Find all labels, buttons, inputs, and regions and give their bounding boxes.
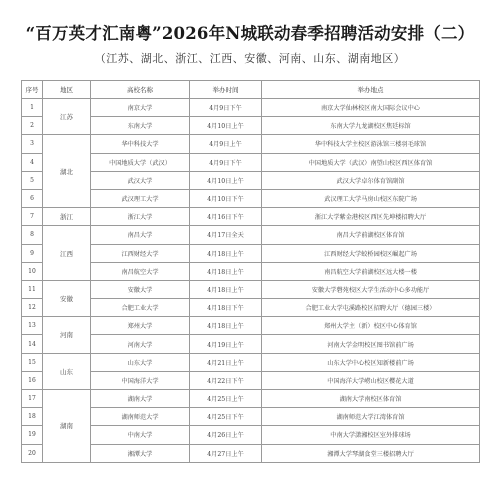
region-cell: 江苏 — [43, 99, 91, 135]
table-row: 9 江西财经大学 4月18日上午 江西财经大学蛟桥园校区崛起广场 — [22, 244, 480, 262]
school-cell: 中南大学 — [91, 426, 190, 444]
row-index: 13 — [22, 317, 43, 335]
school-cell: 湘潭大学 — [91, 444, 190, 462]
school-cell: 湖南大学 — [91, 390, 190, 408]
venue-cell: 南昌航空大学前湖校区远大楼一楼 — [262, 262, 480, 280]
time-cell: 4月9日下午 — [190, 99, 262, 117]
row-index: 5 — [22, 171, 43, 189]
venue-cell: 合肥工业大学屯溪路校区招聘大厅（德园三楼） — [262, 299, 480, 317]
time-cell: 4月27日上午 — [190, 444, 262, 462]
table-row: 7 浙江 浙江大学 4月16日下午 浙江大学紫金港校区西区先坤楼招聘大厅 — [22, 208, 480, 226]
table-row: 20 湘潭大学 4月27日上午 湘潭大学琴湖食堂三楼招聘大厅 — [22, 444, 480, 462]
row-index: 12 — [22, 299, 43, 317]
row-index: 19 — [22, 426, 43, 444]
table-row: 17 湖南 湖南大学 4月25日上午 湖南大学南校区体育馆 — [22, 390, 480, 408]
time-cell: 4月25日上午 — [190, 390, 262, 408]
school-cell: 合肥工业大学 — [91, 299, 190, 317]
document-subtitle: （江苏、湖北、浙江、江西、安徽、河南、山东、湖南地区） — [0, 50, 500, 66]
venue-cell: 中国地质大学（武汉）南望山校区西区体育馆 — [262, 153, 480, 171]
venue-cell: 山东大学中心校区知新楼前广场 — [262, 353, 480, 371]
venue-cell: 浙江大学紫金港校区西区先坤楼招聘大厅 — [262, 208, 480, 226]
region-cell: 湖北 — [43, 135, 91, 208]
time-cell: 4月26日上午 — [190, 426, 262, 444]
row-index: 8 — [22, 226, 43, 244]
region-cell: 浙江 — [43, 208, 91, 226]
school-cell: 山东大学 — [91, 353, 190, 371]
row-index: 14 — [22, 335, 43, 353]
school-cell: 南京大学 — [91, 99, 190, 117]
school-cell: 浙江大学 — [91, 208, 190, 226]
time-cell: 4月21日上午 — [190, 353, 262, 371]
table-row: 3 湖北 华中科技大学 4月9日上午 华中科技大学主校区游泳馆三楼羽毛球馆 — [22, 135, 480, 153]
table-row: 10 南昌航空大学 4月18日上午 南昌航空大学前湖校区远大楼一楼 — [22, 262, 480, 280]
time-cell: 4月9日下午 — [190, 153, 262, 171]
time-cell: 4月10日上午 — [190, 117, 262, 135]
time-cell: 4月9日上午 — [190, 135, 262, 153]
region-cell: 安徽 — [43, 280, 91, 316]
row-index: 11 — [22, 280, 43, 298]
venue-cell: 湖南大学南校区体育馆 — [262, 390, 480, 408]
time-cell: 4月18日上午 — [190, 262, 262, 280]
table-header-row: 序号 地区 高校名称 举办时间 举办地点 — [22, 81, 480, 99]
school-cell: 南昌大学 — [91, 226, 190, 244]
school-cell: 武汉理工大学 — [91, 189, 190, 207]
table-row: 1 江苏 南京大学 4月9日下午 南京大学仙林校区南大国际会议中心 — [22, 99, 480, 117]
time-cell: 4月25日下午 — [190, 408, 262, 426]
region-cell: 江西 — [43, 226, 91, 281]
venue-cell: 武汉大学卓尔体育馆副馆 — [262, 171, 480, 189]
table-row: 19 中南大学 4月26日上午 中南大学潇湘校区室外排球场 — [22, 426, 480, 444]
recruitment-schedule-table: 序号 地区 高校名称 举办时间 举办地点 1 江苏 南京大学 4月9日下午 南京… — [21, 80, 480, 463]
venue-cell: 华中科技大学主校区游泳馆三楼羽毛球馆 — [262, 135, 480, 153]
venue-cell: 中国海洋大学崂山校区樱花大道 — [262, 371, 480, 389]
venue-cell: 南京大学仙林校区南大国际会议中心 — [262, 99, 480, 117]
header-venue: 举办地点 — [262, 81, 480, 99]
row-index: 3 — [22, 135, 43, 153]
table-row: 2 东南大学 4月10日上午 东南大学九龙湖校区焦廷标馆 — [22, 117, 480, 135]
school-cell: 安徽大学 — [91, 280, 190, 298]
row-index: 4 — [22, 153, 43, 171]
school-cell: 华中科技大学 — [91, 135, 190, 153]
row-index: 2 — [22, 117, 43, 135]
table-row: 13 河南 郑州大学 4月18日上午 郑州大学主（新）校区中心体育馆 — [22, 317, 480, 335]
time-cell: 4月19日上午 — [190, 335, 262, 353]
venue-cell: 东南大学九龙湖校区焦廷标馆 — [262, 117, 480, 135]
row-index: 17 — [22, 390, 43, 408]
time-cell: 4月18日上午 — [190, 317, 262, 335]
row-index: 7 — [22, 208, 43, 226]
school-cell: 郑州大学 — [91, 317, 190, 335]
time-cell: 4月18日上午 — [190, 280, 262, 298]
row-index: 9 — [22, 244, 43, 262]
table-row: 12 合肥工业大学 4月18日下午 合肥工业大学屯溪路校区招聘大厅（德园三楼） — [22, 299, 480, 317]
document-title: “百万英才汇南粤”2026年N城联动春季招聘活动安排（二） — [0, 20, 500, 44]
table-row: 11 安徽 安徽大学 4月18日上午 安徽大学磬苑校区大学生活动中心多功能厅 — [22, 280, 480, 298]
row-index: 16 — [22, 371, 43, 389]
venue-cell: 中南大学潇湘校区室外排球场 — [262, 426, 480, 444]
school-cell: 武汉大学 — [91, 171, 190, 189]
venue-cell: 湖南师范大学江湾体育馆 — [262, 408, 480, 426]
region-cell: 湖南 — [43, 390, 91, 463]
table-row: 14 河南大学 4月19日上午 河南大学金明校区图书馆前广场 — [22, 335, 480, 353]
header-index: 序号 — [22, 81, 43, 99]
table-row: 6 武汉理工大学 4月10日下午 武汉理工大学马房山校区东院广场 — [22, 189, 480, 207]
school-cell: 东南大学 — [91, 117, 190, 135]
table-row: 18 湖南师范大学 4月25日下午 湖南师范大学江湾体育馆 — [22, 408, 480, 426]
table-row: 4 中国地质大学（武汉） 4月9日下午 中国地质大学（武汉）南望山校区西区体育馆 — [22, 153, 480, 171]
region-cell: 山东 — [43, 353, 91, 389]
row-index: 10 — [22, 262, 43, 280]
school-cell: 河南大学 — [91, 335, 190, 353]
region-cell: 河南 — [43, 317, 91, 353]
venue-cell: 安徽大学磬苑校区大学生活动中心多功能厅 — [262, 280, 480, 298]
venue-cell: 江西财经大学蛟桥园校区崛起广场 — [262, 244, 480, 262]
venue-cell: 湘潭大学琴湖食堂三楼招聘大厅 — [262, 444, 480, 462]
time-cell: 4月16日下午 — [190, 208, 262, 226]
table-row: 8 江西 南昌大学 4月17日全天 南昌大学前湖校区体育馆 — [22, 226, 480, 244]
time-cell: 4月10日下午 — [190, 189, 262, 207]
venue-cell: 河南大学金明校区图书馆前广场 — [262, 335, 480, 353]
time-cell: 4月18日下午 — [190, 299, 262, 317]
school-cell: 湖南师范大学 — [91, 408, 190, 426]
venue-cell: 郑州大学主（新）校区中心体育馆 — [262, 317, 480, 335]
school-cell: 南昌航空大学 — [91, 262, 190, 280]
time-cell: 4月22日下午 — [190, 371, 262, 389]
header-time: 举办时间 — [190, 81, 262, 99]
row-index: 15 — [22, 353, 43, 371]
table-row: 16 中国海洋大学 4月22日下午 中国海洋大学崂山校区樱花大道 — [22, 371, 480, 389]
header-region: 地区 — [43, 81, 91, 99]
table-row: 5 武汉大学 4月10日上午 武汉大学卓尔体育馆副馆 — [22, 171, 480, 189]
row-index: 18 — [22, 408, 43, 426]
time-cell: 4月17日全天 — [190, 226, 262, 244]
school-cell: 中国海洋大学 — [91, 371, 190, 389]
header-school: 高校名称 — [91, 81, 190, 99]
venue-cell: 武汉理工大学马房山校区东院广场 — [262, 189, 480, 207]
school-cell: 江西财经大学 — [91, 244, 190, 262]
time-cell: 4月18日上午 — [190, 244, 262, 262]
table-row: 15 山东 山东大学 4月21日上午 山东大学中心校区知新楼前广场 — [22, 353, 480, 371]
school-cell: 中国地质大学（武汉） — [91, 153, 190, 171]
time-cell: 4月10日上午 — [190, 171, 262, 189]
venue-cell: 南昌大学前湖校区体育馆 — [262, 226, 480, 244]
row-index: 1 — [22, 99, 43, 117]
row-index: 20 — [22, 444, 43, 462]
row-index: 6 — [22, 189, 43, 207]
